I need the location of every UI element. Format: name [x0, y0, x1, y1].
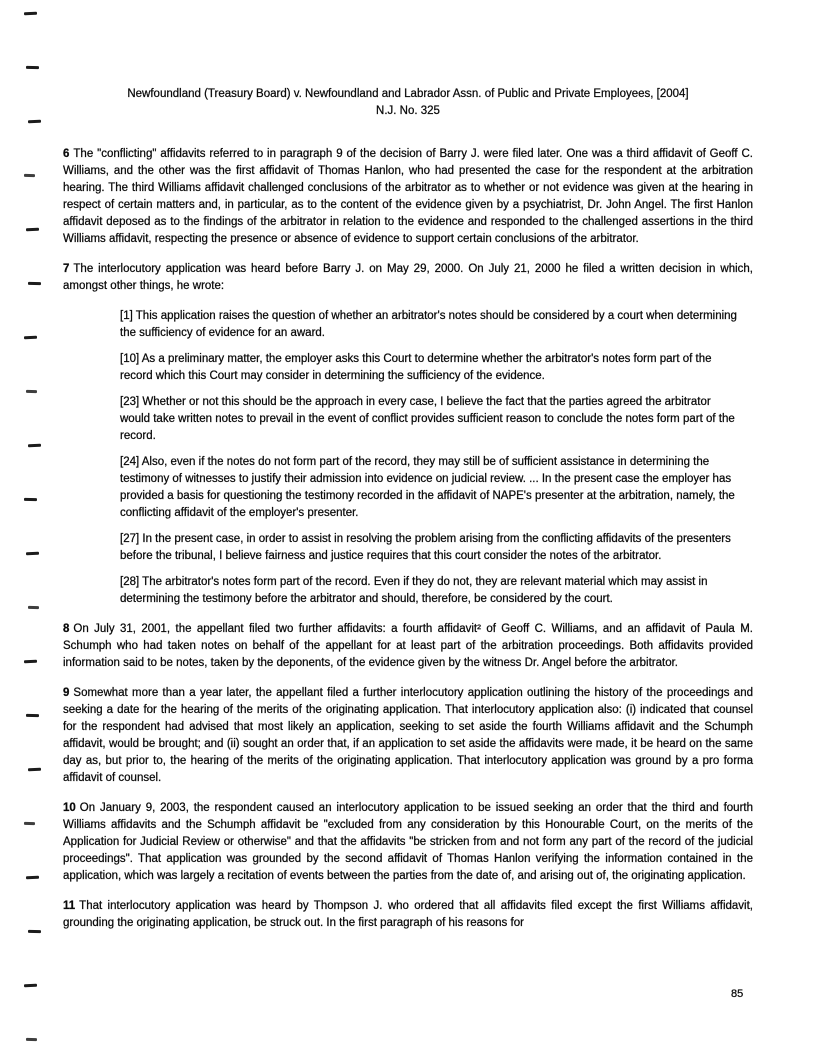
- binding-mark: [28, 444, 41, 447]
- quote-paragraph-10: [10] As a preliminary matter, the employ…: [120, 351, 737, 385]
- binding-mark: [26, 228, 39, 231]
- binding-mark: [24, 660, 37, 663]
- binding-mark: [28, 768, 41, 771]
- binding-mark: [26, 1038, 37, 1041]
- quote-paragraph-1: [1] This application raises the question…: [120, 308, 737, 342]
- paragraph-text: On July 31, 2001, the appellant filed tw…: [63, 623, 753, 669]
- paragraph-number: 9: [63, 687, 73, 699]
- binding-mark: [26, 66, 39, 69]
- page-number: 85: [731, 987, 743, 1001]
- paragraph-10: 10On January 9, 2003, the respondent cau…: [63, 800, 753, 885]
- binding-mark: [26, 714, 39, 717]
- binding-mark: [24, 984, 37, 987]
- paragraph-number: 7: [63, 263, 73, 275]
- paragraph-number: 6: [63, 148, 73, 160]
- paragraph-number: 10: [63, 802, 80, 814]
- paragraph-11: 11That interlocutory application was hea…: [63, 898, 753, 932]
- paragraph-6: 6The "conflicting" affidavits referred t…: [63, 146, 753, 248]
- quote-paragraph-27: [27] In the present case, in order to as…: [120, 531, 737, 565]
- binding-mark: [26, 876, 39, 879]
- paragraph-text: The interlocutory application was heard …: [63, 263, 753, 292]
- binding-marks: [0, 0, 60, 1056]
- binding-mark: [28, 120, 41, 123]
- document-header: Newfoundland (Treasury Board) v. Newfoun…: [63, 86, 753, 120]
- quote-paragraph-24: [24] Also, even if the notes do not form…: [120, 454, 737, 522]
- paragraph-9: 9Somewhat more than a year later, the ap…: [63, 685, 753, 787]
- binding-mark: [24, 498, 37, 501]
- paragraph-8: 8On July 31, 2001, the appellant filed t…: [63, 621, 753, 672]
- binding-mark: [24, 822, 35, 825]
- binding-mark: [28, 930, 41, 933]
- case-citation: N.J. No. 325: [63, 103, 753, 120]
- binding-mark: [28, 606, 39, 609]
- quote-paragraph-23: [23] Whether or not this should be the a…: [120, 394, 737, 445]
- paragraph-number: 8: [63, 623, 73, 635]
- binding-mark: [26, 552, 39, 555]
- paragraph-7: 7The interlocutory application was heard…: [63, 261, 753, 295]
- document-content: Newfoundland (Treasury Board) v. Newfoun…: [63, 86, 753, 945]
- paragraph-text: That interlocutory application was heard…: [63, 900, 753, 929]
- binding-mark: [24, 12, 37, 15]
- case-title: Newfoundland (Treasury Board) v. Newfoun…: [63, 86, 753, 103]
- binding-mark: [26, 390, 37, 393]
- quote-block: [1] This application raises the question…: [63, 308, 753, 608]
- paragraph-text: On January 9, 2003, the respondent cause…: [63, 802, 753, 882]
- binding-mark: [24, 174, 35, 177]
- paragraph-number: 11: [63, 900, 79, 912]
- binding-mark: [24, 336, 37, 339]
- paragraph-text: Somewhat more than a year later, the app…: [63, 687, 753, 784]
- quote-paragraph-28: [28] The arbitrator's notes form part of…: [120, 574, 737, 608]
- binding-mark: [28, 282, 41, 285]
- paragraph-text: The "conflicting" affidavits referred to…: [63, 148, 753, 245]
- document-page: Newfoundland (Treasury Board) v. Newfoun…: [0, 0, 817, 1056]
